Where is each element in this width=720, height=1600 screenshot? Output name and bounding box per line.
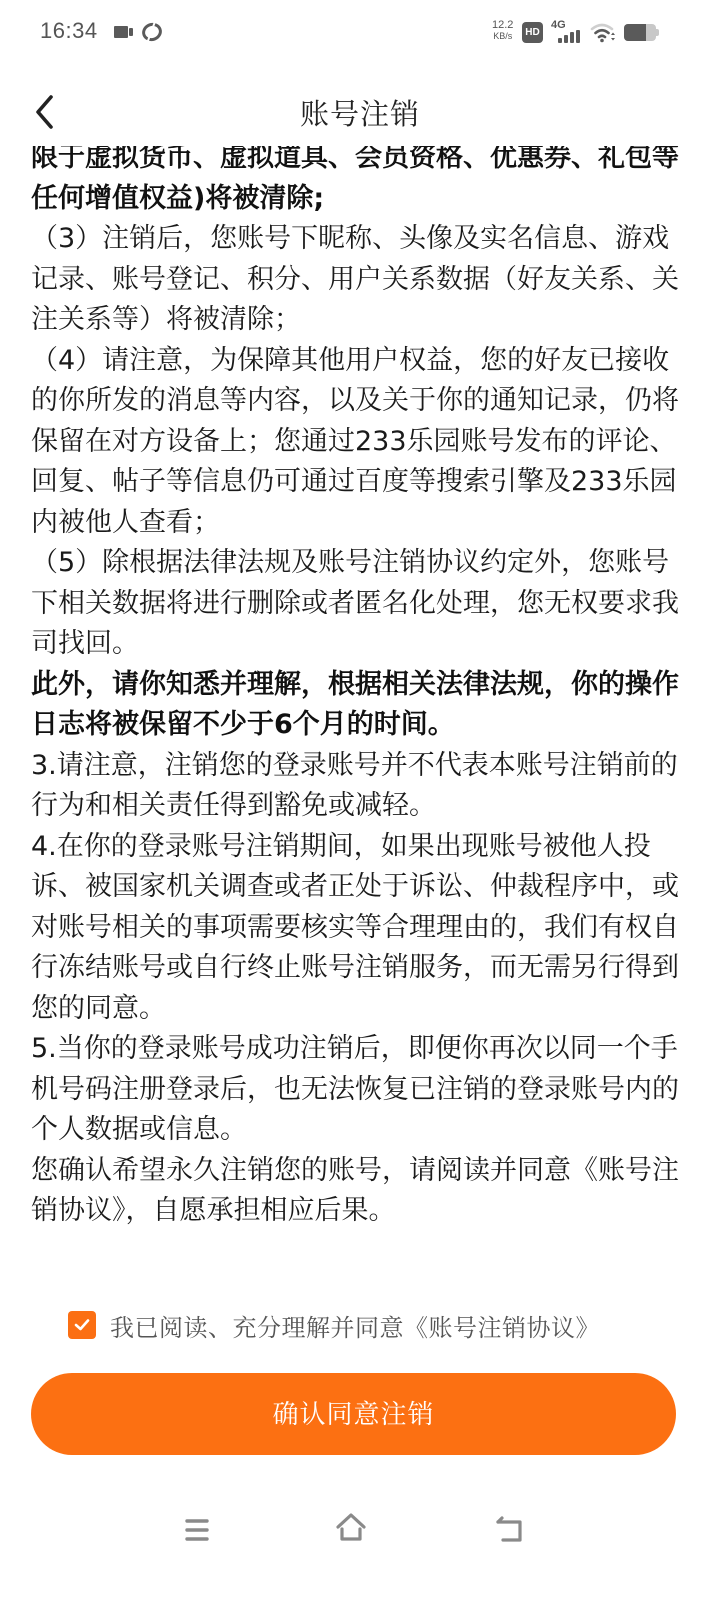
wifi-icon <box>590 22 616 44</box>
nav-back-button[interactable] <box>492 1510 532 1550</box>
system-nav-bar <box>0 1490 720 1570</box>
checkmark-icon <box>74 1318 90 1332</box>
terms-paragraph: 4.在你的登录账号注销期间，如果出现账号被他人投诉、被国家机关调查或者正处于诉讼… <box>31 827 691 1030</box>
terms-paragraph: （5）除根据法律法规及账号注销协议约定外，您账号下相关数据将进行删除或者匿名化处… <box>31 543 691 665</box>
terms-paragraph: （3）注销后，您账号下昵称、头像及实名信息、游戏记录、账号登记、积分、用户关系数… <box>31 219 691 341</box>
signal-strength-icon <box>558 30 584 43</box>
terms-paragraph: 3.请注意，注销您的登录账号并不代表本账号注销前的行为和相关责任得到豁免或减轻。 <box>31 746 691 827</box>
status-bar: 16:34 12.2 KB/s HD 4G <box>0 0 720 66</box>
network-speed: 12.2 KB/s <box>492 20 513 41</box>
back-icon <box>492 1510 532 1550</box>
terms-paragraph-bold-notice: 此外，请你知悉并理解，根据相关法律法规，你的操作日志将被保留不少于6个月的时间。 <box>31 665 691 746</box>
page-title: 账号注销 <box>0 92 720 133</box>
terms-content[interactable]: 限于虚拟货币、虚拟道具、会员资格、优惠券、礼包等任何增值权益)将被清除; （3）… <box>31 146 691 1256</box>
nav-menu-button[interactable] <box>178 1510 218 1550</box>
header: 账号注销 <box>0 80 720 144</box>
agreement-checkbox[interactable] <box>68 1311 96 1339</box>
battery-icon <box>624 24 656 41</box>
terms-paragraph: 5.当你的登录账号成功注销后，即便你再次以同一个手机号码注册登录后，也无法恢复已… <box>31 1029 691 1151</box>
network-speed-unit: KB/s <box>492 31 513 41</box>
menu-icon <box>178 1510 218 1550</box>
home-icon <box>333 1510 373 1550</box>
status-time: 16:34 <box>40 18 98 44</box>
confirm-deactivation-button[interactable]: 确认同意注销 <box>31 1373 676 1455</box>
agreement-label[interactable]: 我已阅读、充分理解并同意《账号注销协议》 <box>110 1308 600 1343</box>
terms-paragraph: 您确认希望永久注销您的账号，请阅读并同意《账号注销协议》，自愿承担相应后果。 <box>31 1151 691 1232</box>
nav-home-button[interactable] <box>333 1510 373 1550</box>
battery-tip <box>656 29 659 36</box>
terms-scroll-area: 限于虚拟货币、虚拟道具、会员资格、优惠券、礼包等任何增值权益)将被清除; （3）… <box>31 146 691 1232</box>
video-recording-icon <box>114 26 128 38</box>
hd-voice-icon: HD <box>522 22 543 43</box>
terms-paragraph: （4）请注意，为保障其他用户权益，您的好友已接收的你所发的消息等内容，以及关于你… <box>31 341 691 544</box>
terms-paragraph: 限于虚拟货币、虚拟道具、会员资格、优惠券、礼包等任何增值权益)将被清除; <box>31 146 691 219</box>
network-speed-value: 12.2 <box>492 20 513 30</box>
agreement-row[interactable]: 我已阅读、充分理解并同意《账号注销协议》 <box>68 1307 600 1343</box>
app-notification-icon <box>140 20 165 44</box>
